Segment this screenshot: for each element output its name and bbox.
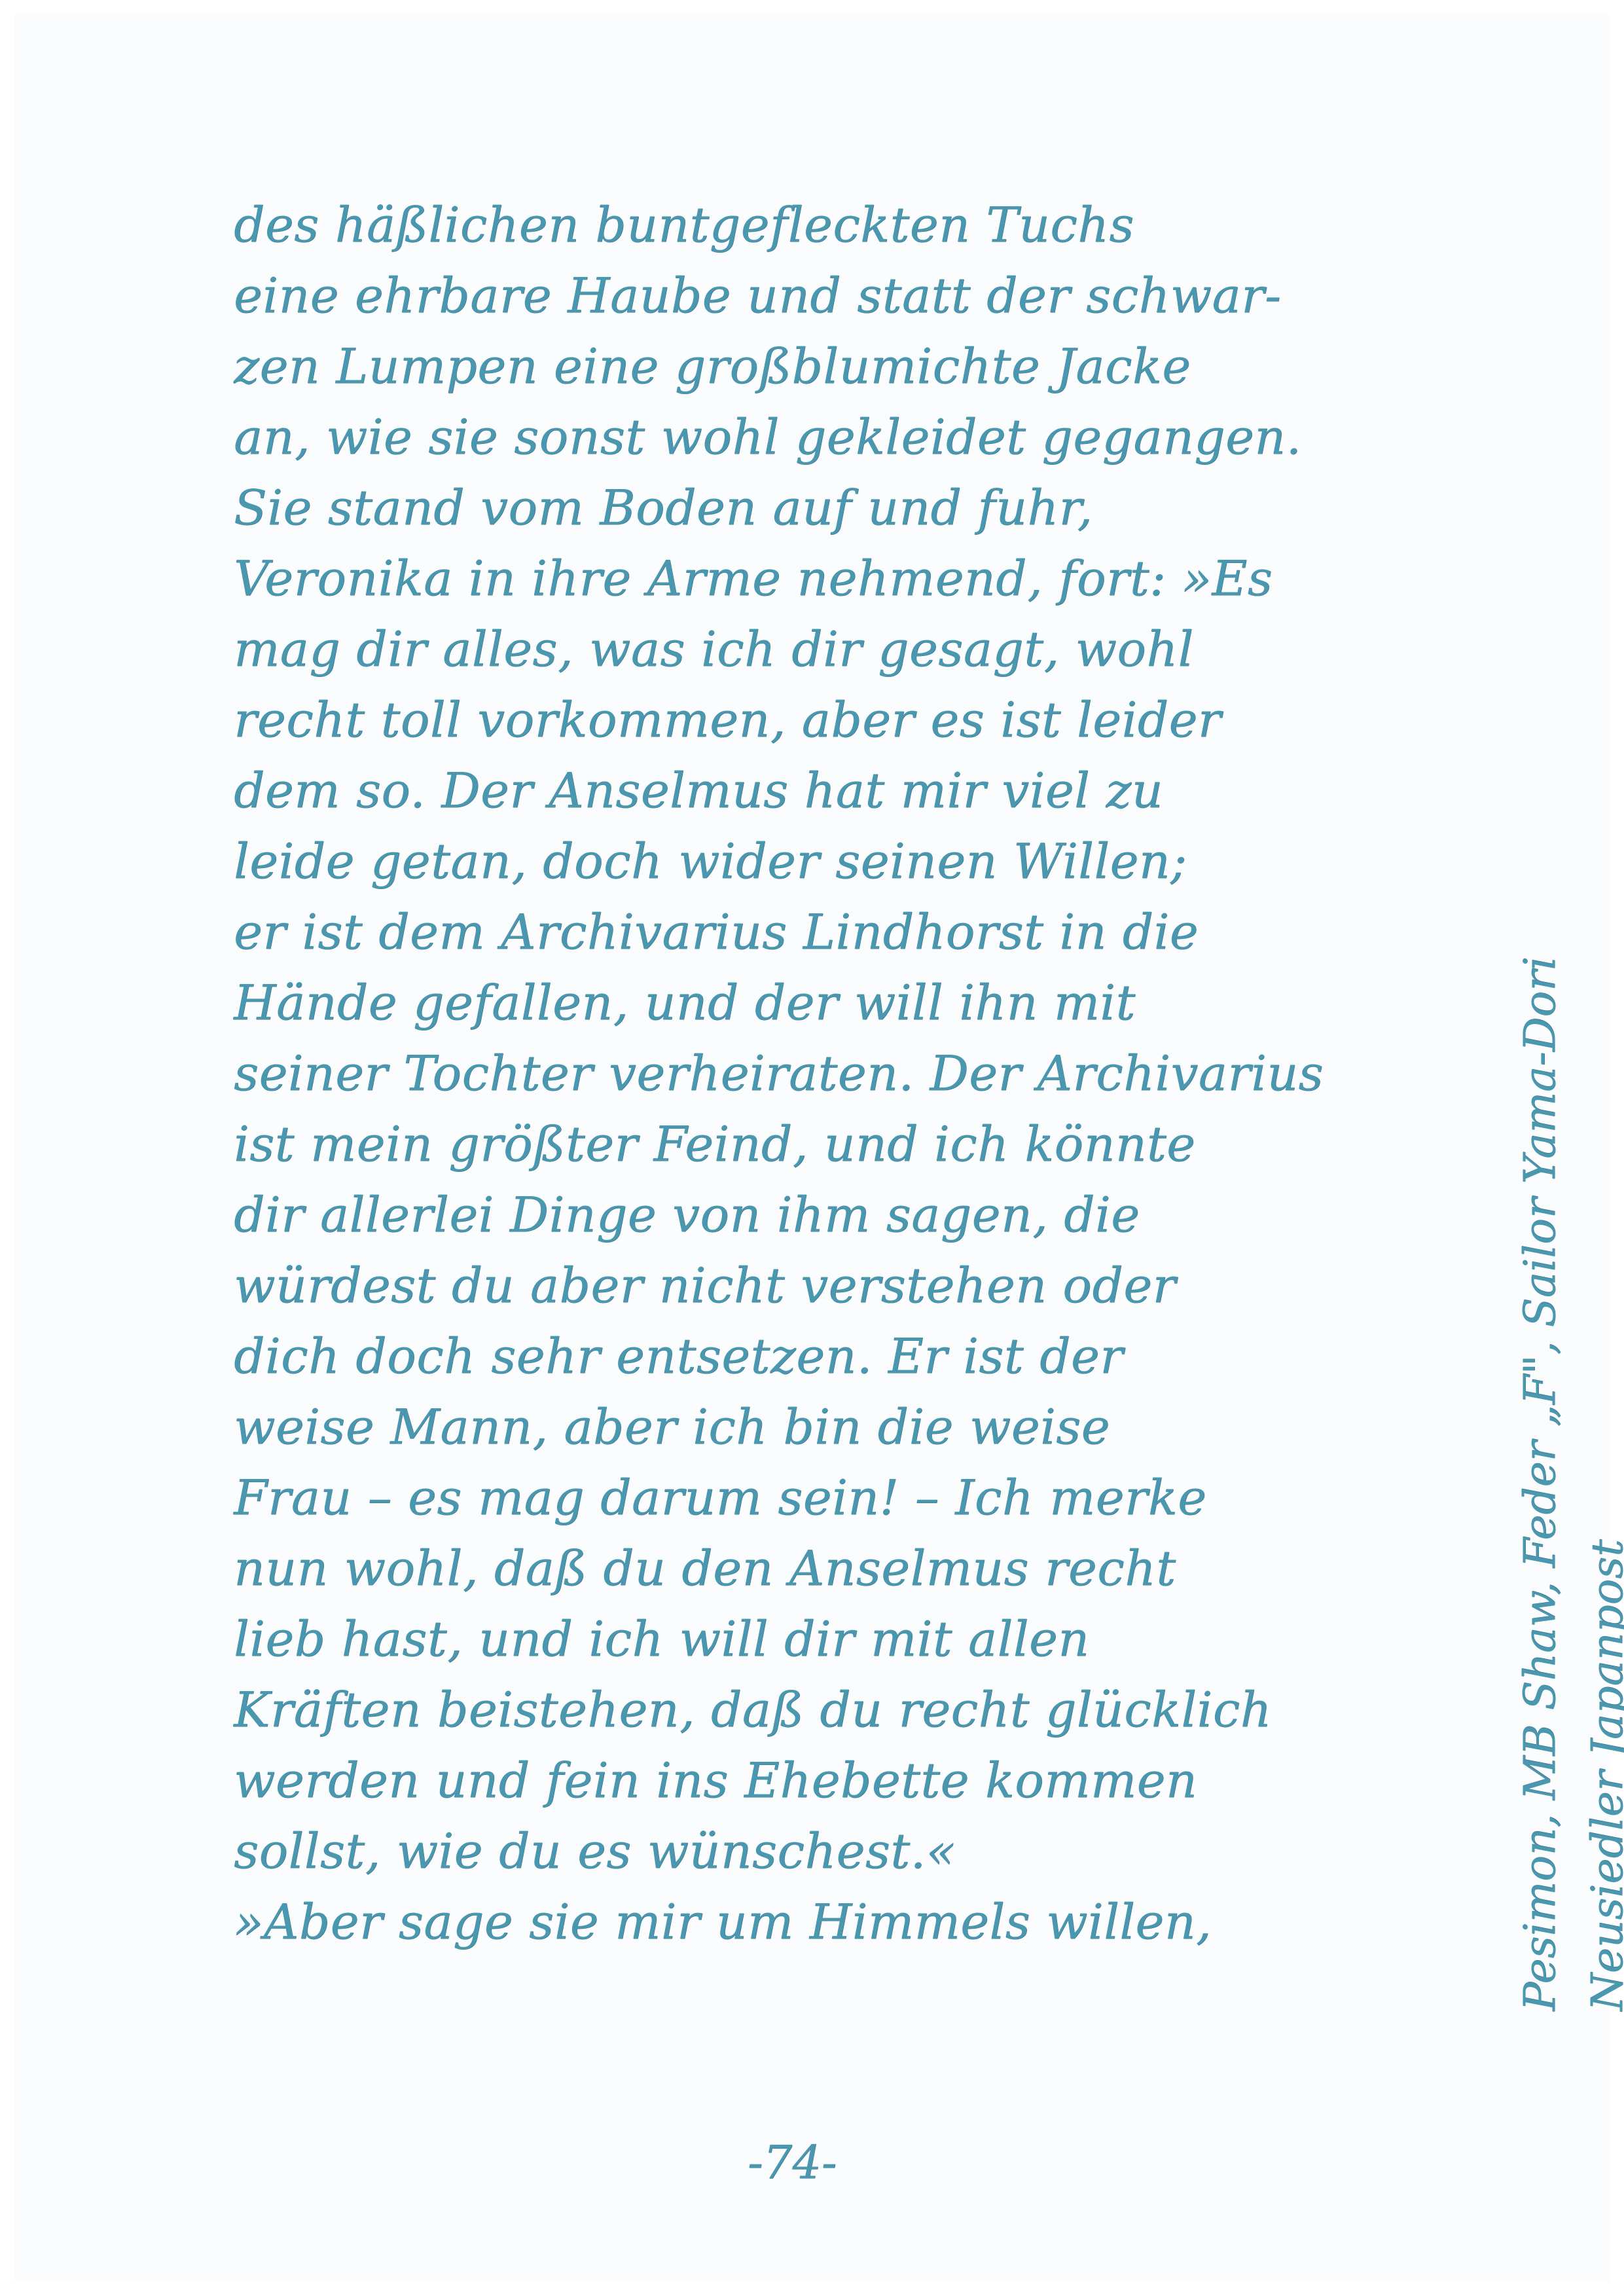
text-line: Kräften beistehen, daß du recht glücklic… [234, 1675, 1477, 1745]
text-line: werden und fein ins Ehebette kommen [234, 1745, 1477, 1816]
text-line: Hände gefallen, und der will ihn mit [234, 968, 1477, 1038]
text-line: dem so. Der Anselmus hat mir viel zu [234, 756, 1477, 826]
text-line: Sie stand vom Boden auf und fuhr, [234, 473, 1477, 543]
text-line: ist mein größter Feind, und ich könnte [234, 1109, 1477, 1180]
text-line: mag dir alles, was ich dir gesagt, wohl [234, 614, 1477, 685]
text-line: er ist dem Archivarius Lindhorst in die [234, 897, 1477, 968]
text-line: leide getan, doch wider seinen Willen; [234, 826, 1477, 897]
text-line: lieb hast, und ich will dir mit allen [234, 1604, 1477, 1675]
text-line: Veronika in ihre Arme nehmend, fort: »Es [234, 543, 1477, 614]
text-line: recht toll vorkommen, aber es ist leider [234, 685, 1477, 756]
text-line: »Aber sage sie mir um Himmels willen, [234, 1887, 1477, 1958]
text-line: Frau – es mag darum sein! – Ich merke [234, 1463, 1477, 1533]
text-line: des häßlichen buntgefleckten Tuchs [234, 190, 1477, 261]
text-line: dich doch sehr entsetzen. Er ist der [234, 1321, 1477, 1392]
handwritten-body-text: des häßlichen buntgefleckten Tuchseine e… [234, 190, 1477, 1958]
text-line: zen Lumpen eine großblumichte Jacke [234, 331, 1477, 402]
text-line: würdest du aber nicht verstehen oder [234, 1250, 1477, 1321]
text-line: seiner Tochter verheiraten. Der Archivar… [234, 1038, 1477, 1109]
page-number: -74- [748, 2136, 837, 2189]
text-line: dir allerlei Dinge von ihm sagen, die [234, 1180, 1477, 1250]
margin-note-paper: Neusiedler Japanpost [1582, 1539, 1624, 2011]
margin-note-materials: Pesimon, MB Shaw, Feder „F", Sailor Yama… [1515, 957, 1565, 2011]
text-line: weise Mann, aber ich bin die weise [234, 1392, 1477, 1463]
text-line: sollst, wie du es wünschest.« [234, 1816, 1477, 1887]
manuscript-page: des häßlichen buntgefleckten Tuchseine e… [14, 14, 1610, 2282]
text-line: eine ehrbare Haube und statt der schwar- [234, 261, 1477, 331]
text-line: nun wohl, daß du den Anselmus recht [234, 1533, 1477, 1604]
text-line: an, wie sie sonst wohl gekleidet gegange… [234, 402, 1477, 473]
